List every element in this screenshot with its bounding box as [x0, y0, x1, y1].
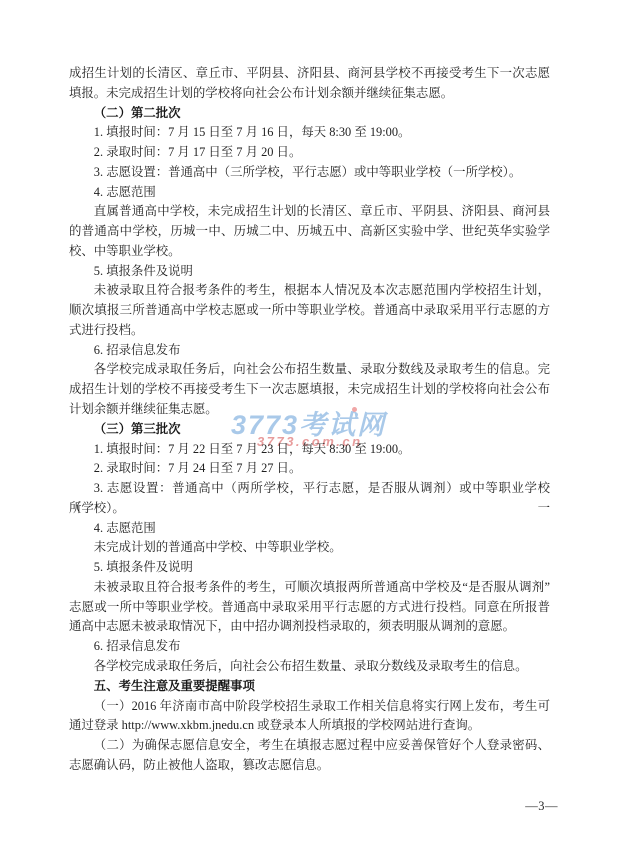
text-line: 五、考生注意及重要提醒事项 [69, 677, 550, 697]
text-line: 顺次填报三所普通高中学校志愿或一所中等职业学校。普通高中录取采用平行志愿的方 [69, 301, 550, 321]
text-line: 通过登录 http://www.xkbm.jnedu.cn 或登录本人所填报的学… [69, 716, 550, 736]
text-line: 直属普通高中学校，未完成招生计划的长清区、章丘市、平阴县、济阳县、商河县 [69, 202, 550, 222]
text-line: 3. 志愿设置：普通高中（三所学校，平行志愿）或中等职业学校（一所学校）。 [69, 163, 550, 183]
text-line: 志愿或一所中等职业学校。普通高中录取采用平行志愿的方式进行投档。同意在所报普 [69, 598, 550, 618]
text-line: 式进行投档。 [69, 321, 550, 341]
text-line: 通高中志愿未被录取情况下，由中招办调剂投档录取的，须表明服从调剂的意愿。 [69, 617, 550, 637]
text-line: （一）2016 年济南市高中阶段学校招生录取工作相关信息将实行网上发布，考生可 [69, 697, 550, 717]
page-number: —3— [525, 799, 558, 814]
text-line: 5. 填报条件及说明 [69, 558, 550, 578]
text-line: 3. 志愿设置：普通高中（两所学校，平行志愿，是否服从调剂）或中等职业学校（一 [69, 479, 550, 499]
text-line: 成招生计划的长清区、章丘市、平阴县、济阳县、商河县学校不再接受考生下一次志愿 [69, 64, 550, 84]
text-line: 6. 招录信息发布 [69, 341, 550, 361]
text-line: 填报。未完成招生计划的学校将向社会公布计划余额并继续征集志愿。 [69, 84, 550, 104]
text-line: 4. 志愿范围 [69, 519, 550, 539]
document-body: 成招生计划的长清区、章丘市、平阴县、济阳县、商河县学校不再接受考生下一次志愿填报… [69, 64, 550, 776]
text-line: 校、中等职业学校。 [69, 242, 550, 262]
text-line: 4. 志愿范围 [69, 183, 550, 203]
text-line: 未完成计划的普通高中学校、中等职业学校。 [69, 538, 550, 558]
document-page: 3773考试网 3773.com.cn 成招生计划的长清区、章丘市、平阴县、济阳… [0, 0, 620, 855]
text-line: 未被录取且符合报考条件的考生，可顺次填报两所普通高中学校及“是否服从调剂” [69, 578, 550, 598]
text-line: 成招生计划的学校不再接受考生下一次志愿填报，未完成招生计划的学校将向社会公布 [69, 380, 550, 400]
text-line: 1. 填报时间：7 月 15 日至 7 月 16 日，每天 8:30 至 19:… [69, 123, 550, 143]
text-line: 2. 录取时间：7 月 17 日至 7 月 20 日。 [69, 143, 550, 163]
text-line: 各学校完成录取任务后，向社会公布招生数量、录取分数线及录取考生的信息。完 [69, 360, 550, 380]
text-line: 志愿确认码，防止被他人盗取，篡改志愿信息。 [69, 756, 550, 776]
text-line: （二）第二批次 [69, 104, 550, 124]
text-line: 计划余额并继续征集志愿。 [69, 400, 550, 420]
text-line: 未被录取且符合报考条件的考生，根据本人情况及本次志愿范围内学校招生计划， [69, 281, 550, 301]
text-line: 的普通高中学校，历城一中、历城二中、历城五中、高新区实验中学、世纪英华实验学 [69, 222, 550, 242]
text-line: （三）第三批次 [69, 420, 550, 440]
text-line: 6. 招录信息发布 [69, 637, 550, 657]
text-line: 1. 填报时间：7 月 22 日至 7 月 23 日，每天 8:30 至 19:… [69, 440, 550, 460]
text-line: 各学校完成录取任务后，向社会公布招生数量、录取分数线及录取考生的信息。 [69, 657, 550, 677]
text-line: （二）为确保志愿信息安全，考生在填报志愿过程中应妥善保管好个人登录密码、 [69, 736, 550, 756]
text-line: 5. 填报条件及说明 [69, 262, 550, 282]
text-line: 2. 录取时间：7 月 24 日至 7 月 27 日。 [69, 459, 550, 479]
